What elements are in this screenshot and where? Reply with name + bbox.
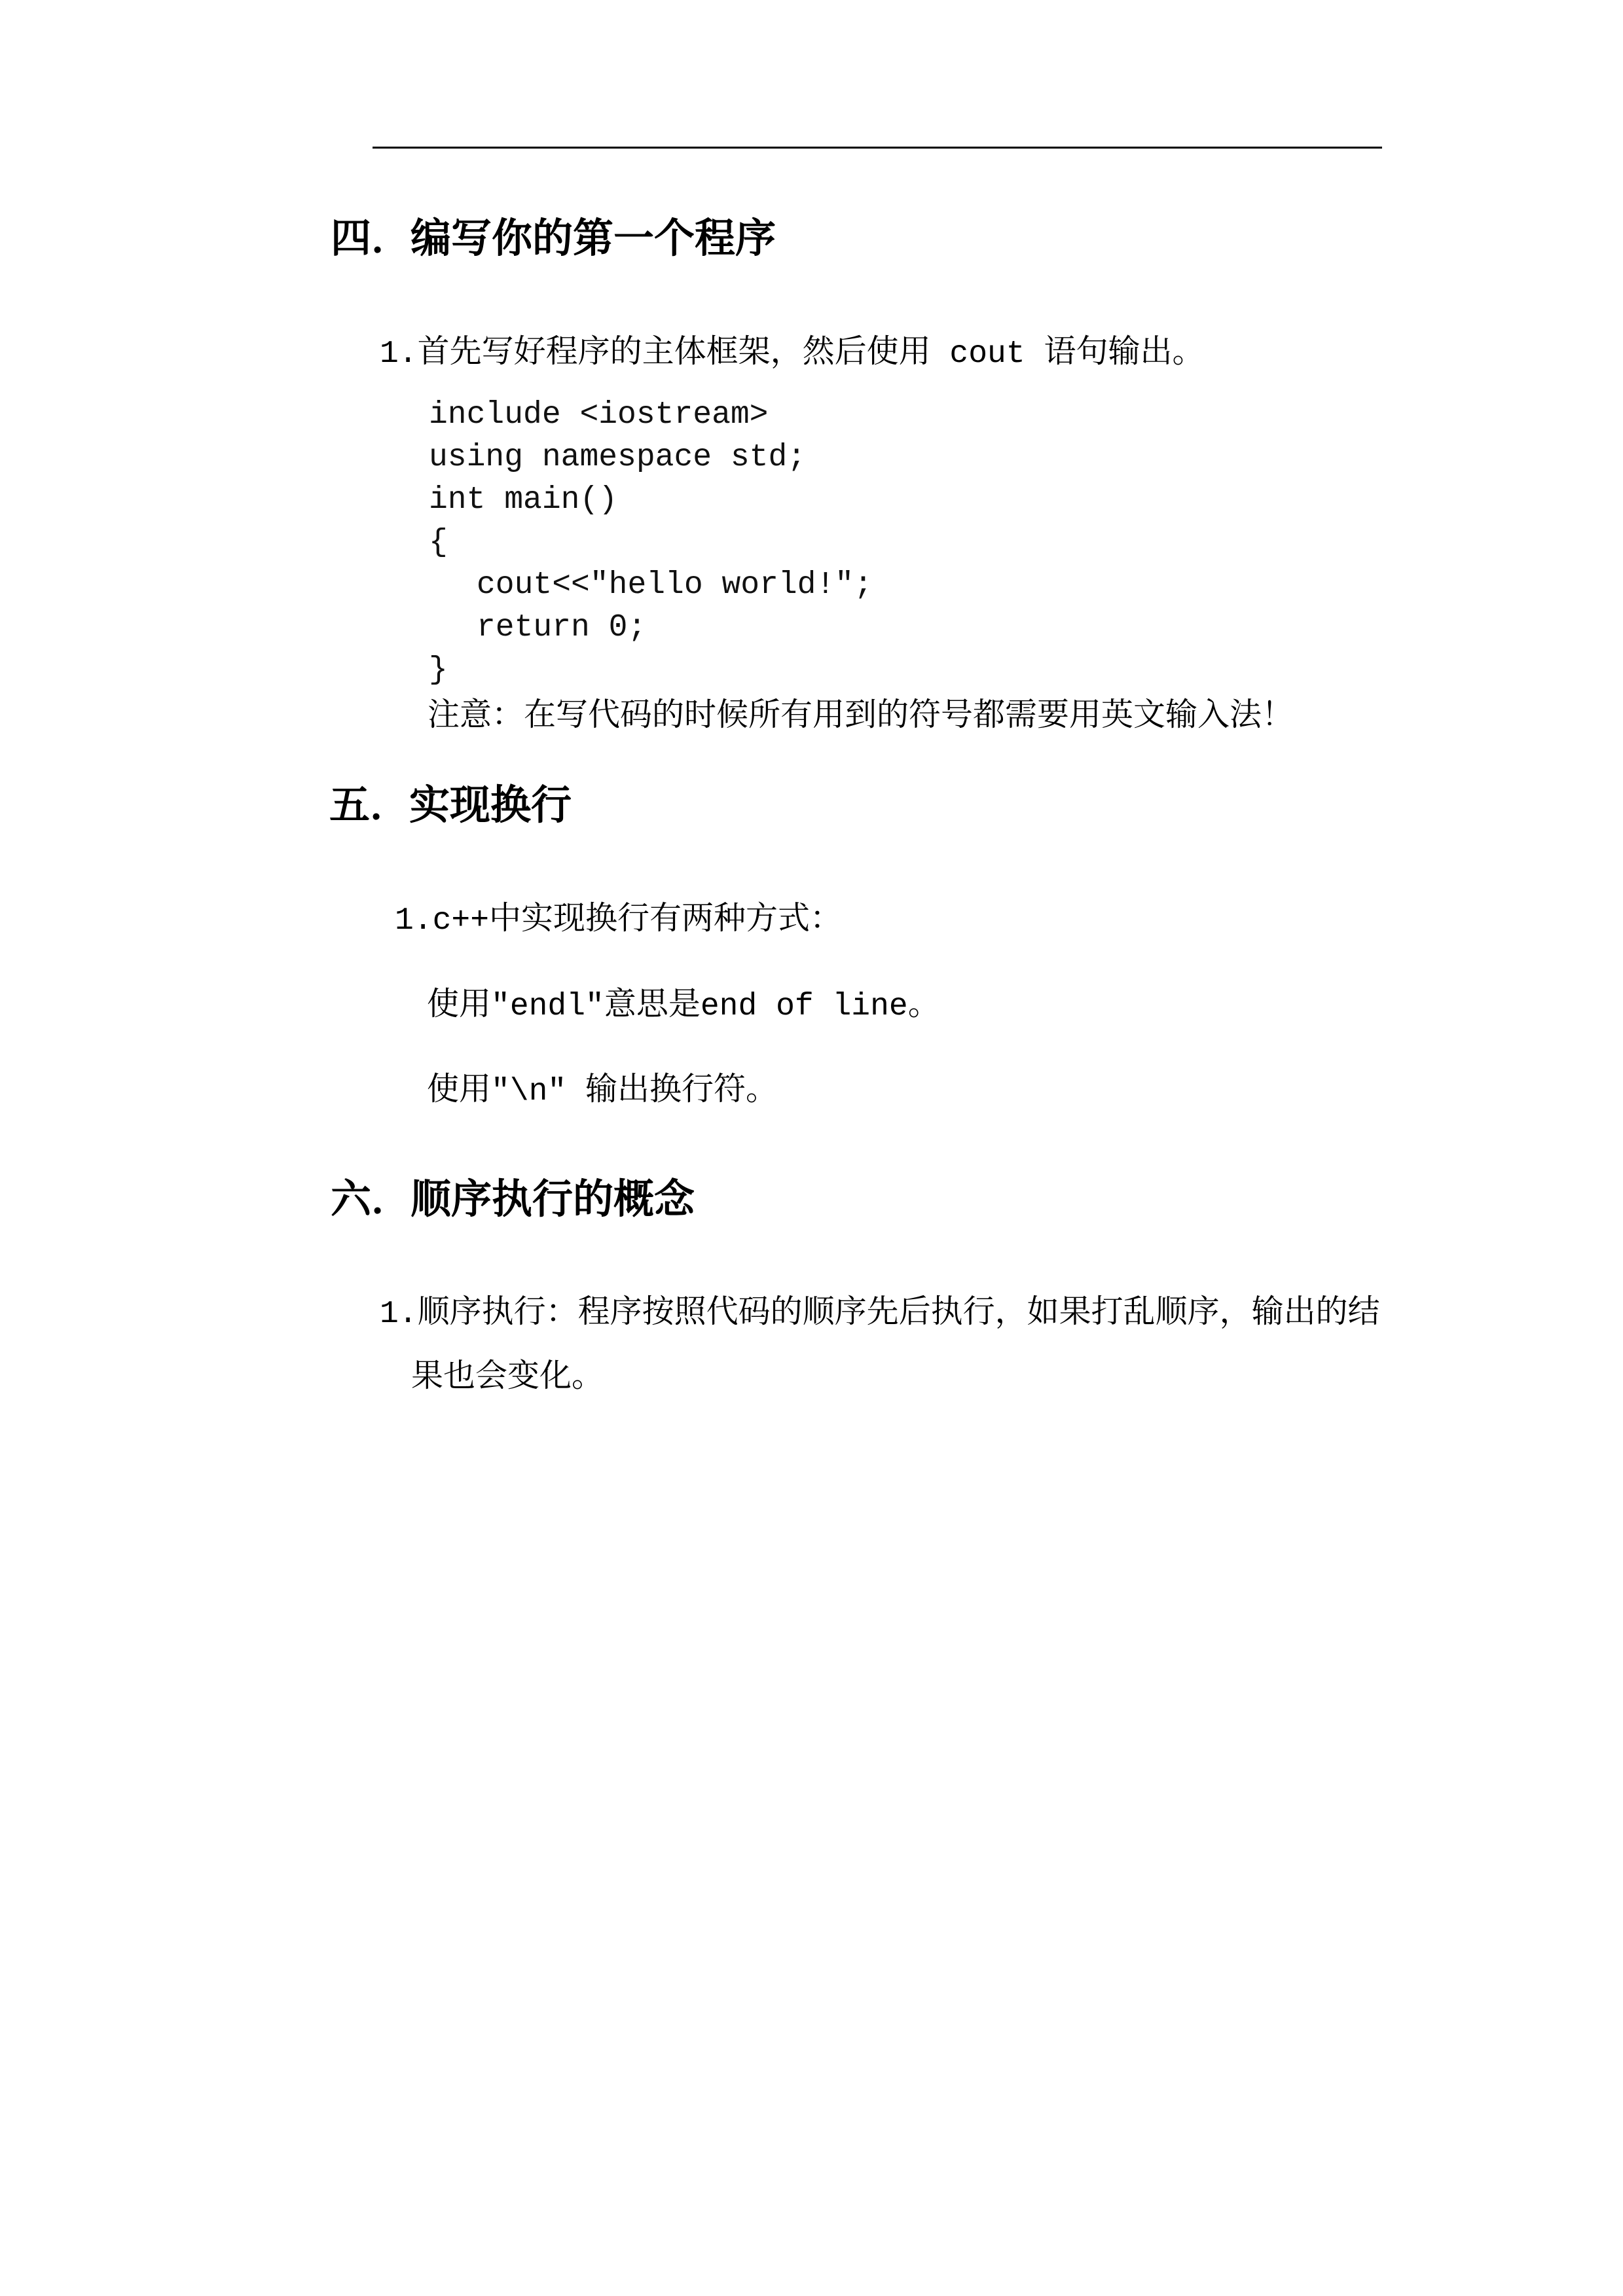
code-line: cout<<"hello world!"; — [429, 564, 873, 607]
item-text: 首先写好程序的主体框架，然后使用 — [418, 332, 931, 370]
method-middle: 意思是 — [604, 985, 701, 1022]
code-line: int main() — [429, 479, 873, 522]
header-rule — [373, 147, 1382, 149]
inline-code: cout — [931, 336, 1044, 372]
item-text: 中实现换行有两种方式： — [489, 899, 842, 937]
section-title: 编写你的第一个程序 — [410, 214, 776, 262]
item-text-after: 语句输出。 — [1044, 332, 1204, 370]
section-number: 六． — [331, 1177, 410, 1221]
method-endl: 使用"endl"意思是end of line。 — [427, 986, 940, 1025]
code-line: { — [429, 522, 873, 564]
method-prefix: 使用 — [427, 1070, 491, 1107]
item-index: 1. — [380, 336, 418, 372]
inline-code: "endl" — [491, 989, 604, 1024]
section-heading-5: 五．实现换行 — [329, 783, 572, 827]
section-title: 顺序执行的概念 — [410, 1175, 695, 1223]
list-item: 1.顺序执行：程序按照代码的顺序先后执行，如果打乱顺序，输出的结 — [380, 1293, 1380, 1333]
section-number: 四． — [331, 216, 410, 260]
list-item-continuation: 果也会变化。 — [411, 1357, 604, 1394]
method-suffix: 输出换行符。 — [585, 1070, 778, 1107]
section-number: 五． — [329, 783, 409, 827]
item-index: 1. — [395, 903, 433, 939]
method-suffix: 。 — [908, 985, 940, 1022]
inline-code: c++ — [433, 903, 489, 939]
note-text: 注意：在写代码的时候所有用到的符号都需要用英文输入法！ — [428, 696, 1294, 733]
item-text: 顺序执行：程序按照代码的顺序先后执行，如果打乱顺序，输出的结 — [418, 1293, 1380, 1330]
list-item: 1.首先写好程序的主体框架，然后使用 cout 语句输出。 — [380, 333, 1204, 372]
inline-code: "\n" — [491, 1074, 585, 1109]
code-line: } — [429, 649, 873, 692]
inline-code: end of line — [701, 989, 908, 1024]
method-prefix: 使用 — [427, 985, 491, 1022]
code-line: include <iostream> — [429, 394, 873, 437]
code-line: using namespace std; — [429, 437, 873, 479]
list-item: 1.c++中实现换行有两种方式： — [395, 900, 842, 939]
code-block: include <iostream>using namespace std;in… — [429, 394, 873, 692]
section-title: 实现换行 — [409, 781, 572, 829]
method-newline: 使用"\n" 输出换行符。 — [427, 1071, 778, 1110]
section-heading-6: 六．顺序执行的概念 — [331, 1177, 695, 1221]
code-line: return 0; — [429, 607, 873, 649]
item-index: 1. — [380, 1297, 418, 1332]
document-page: 四．编写你的第一个程序 1.首先写好程序的主体框架，然后使用 cout 语句输出… — [0, 0, 1623, 2296]
section-heading-4: 四．编写你的第一个程序 — [331, 216, 776, 260]
